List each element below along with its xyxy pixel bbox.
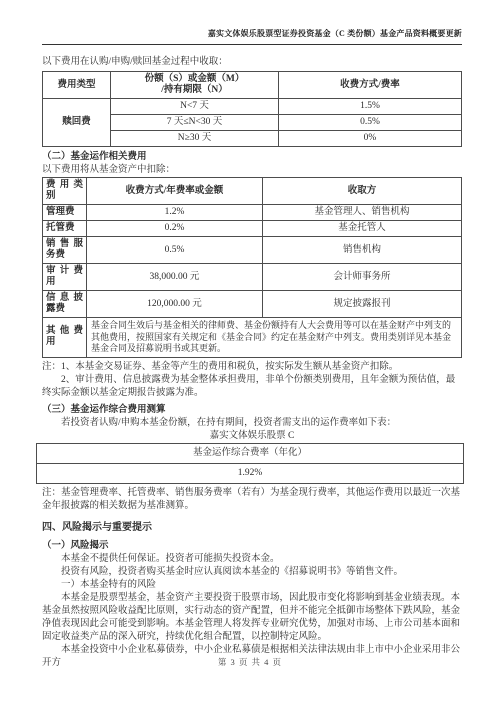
column-header-category: 费用类别 [43,178,87,205]
rate-cell: 0% [279,131,462,147]
composite-rate-value: 1.92% [37,463,464,483]
category-cell: 管理费 [43,205,87,221]
operation-fee-table: 费用类别 收费方式/年费率或金额 收取方 管理费 1.2% 基金管理人、销售机构… [42,177,462,358]
category-cell: 托管费 [43,221,87,237]
subsection-heading-risk-disclosure: （一）风险揭示 [42,540,462,553]
column-header-payee: 收取方 [263,178,462,205]
category-cell: 信息披露费 [43,291,87,318]
page-footer: 第 3 页 共 4 页 [0,656,500,668]
payee-cell: 会计师事务所 [263,264,462,291]
column-header-share-amount: 份额（S）或金额（M）/持有期限（N） [111,72,279,99]
risk-paragraph: 本基金是股票型基金，基金资产主要投资于股票市场，因此股市变化将影响到基金业绩表现… [42,592,462,644]
note-text: 2、审计费用、信息披露费为基金整体承担费用，非单个份额类别费用，且年金额为预估值… [42,374,462,400]
table-row: 其他费用 基金合同生效后与基金相关的律师费、基金份额持有人大会费用等可以在基金财… [43,318,462,358]
table-row: 信息披露费 120,000.00 元 规定披露报刊 [43,291,462,318]
document-page: 嘉实文体娱乐股票型证券投资基金（C 类份额）基金产品资料概要更新 以下费用在认购… [0,0,500,707]
table-row: 1.92% [37,463,464,483]
method-cell: 38,000.00 元 [87,264,263,291]
composite-fee-intro: 若投资者认购/申购本基金份额，在持有期间，投资者需支出的运作费率如下表： [42,417,462,430]
fund-share-name: 嘉实文体娱乐股票 C [42,430,462,443]
composite-rate-label: 基金运作综合费率（年化） [37,443,464,463]
risk-paragraph: 本基金不提供任何保证。投资者可能损失投资本金。 [42,553,462,566]
operation-fees-intro: 以下费用将从基金资产中扣除： [42,164,462,177]
redemption-fee-table: 费用类型 份额（S）或金额（M）/持有期限（N） 收费方式/费率 赎回费 N<7… [42,71,462,147]
table-row: 托管费 0.2% 基金托管人 [43,221,462,237]
column-header-rate: 收费方式/费率 [279,72,462,99]
column-header-fee-type: 费用类型 [43,72,111,99]
doc-header-title: 嘉实文体娱乐股票型证券投资基金（C 类份额）基金产品资料概要更新 [42,28,462,45]
table-row: 审计费用 38,000.00 元 会计师事务所 [43,264,462,291]
rate-cell: 1.5% [279,99,462,115]
table-header-row: 费用类别 收费方式/年费率或金额 收取方 [43,178,462,205]
payee-cell: 规定披露报刊 [263,291,462,318]
other-fees-description: 基金合同生效后与基金相关的律师费、基金份额持有人大会费用等可以在基金财产中列支的… [87,318,462,358]
note-text: 注：基金管理费率、托管费率、销售服务费率（若有）为基金现行费率，其他运作费用以最… [42,487,462,513]
note-text: 注：1、本基金交易证券、基金等产生的费用和税负，按实际发生额从基金资产扣除。 [42,361,462,374]
condition-cell: N<7 天 [111,99,279,115]
payee-cell: 销售机构 [263,237,462,264]
column-header-share-line2: /持有期限（N） [161,85,228,95]
table-row: 管理费 1.2% 基金管理人、销售机构 [43,205,462,221]
section-heading-composite-fee: （三）基金运作综合费用测算 [42,404,462,417]
column-header-share-line1: 份额（S）或金额（M） [145,74,245,84]
method-cell: 0.5% [87,237,263,264]
payee-cell: 基金管理人、销售机构 [263,205,462,221]
table-row: 销售服务费 0.5% 销售机构 [43,237,462,264]
category-cell: 审计费用 [43,264,87,291]
fee-type-cell: 赎回费 [43,99,111,147]
risk-paragraph: 投资有风险，投资者购买基金时应认真阅读本基金的《招募说明书》等销售文件。 [42,566,462,579]
table-row: 赎回费 N<7 天 1.5% [43,99,462,115]
condition-cell: N≥30 天 [111,131,279,147]
table-header-row: 费用类型 份额（S）或金额（M）/持有期限（N） 收费方式/费率 [43,72,462,99]
method-cell: 0.2% [87,221,263,237]
condition-cell: 7 天≤N<30 天 [111,115,279,131]
rate-cell: 0.5% [279,115,462,131]
column-header-method: 收费方式/年费率或金额 [87,178,263,205]
method-cell: 120,000.00 元 [87,291,263,318]
risk-paragraph: 一）本基金特有的风险 [42,579,462,592]
composite-fee-table: 基金运作综合费率（年化） 1.92% [36,443,464,484]
method-cell: 1.2% [87,205,263,221]
section-heading-operation-fees: （二）基金运作相关费用 [42,151,462,164]
section-heading-risk: 四、风险揭示与重要提示 [42,521,462,535]
category-cell: 销售服务费 [43,237,87,264]
table-header-row: 基金运作综合费率（年化） [37,443,464,463]
category-cell: 其他费用 [43,318,87,358]
subscription-fees-intro: 以下费用在认购/申购/赎回基金过程中收取： [42,56,462,69]
payee-cell: 基金托管人 [263,221,462,237]
